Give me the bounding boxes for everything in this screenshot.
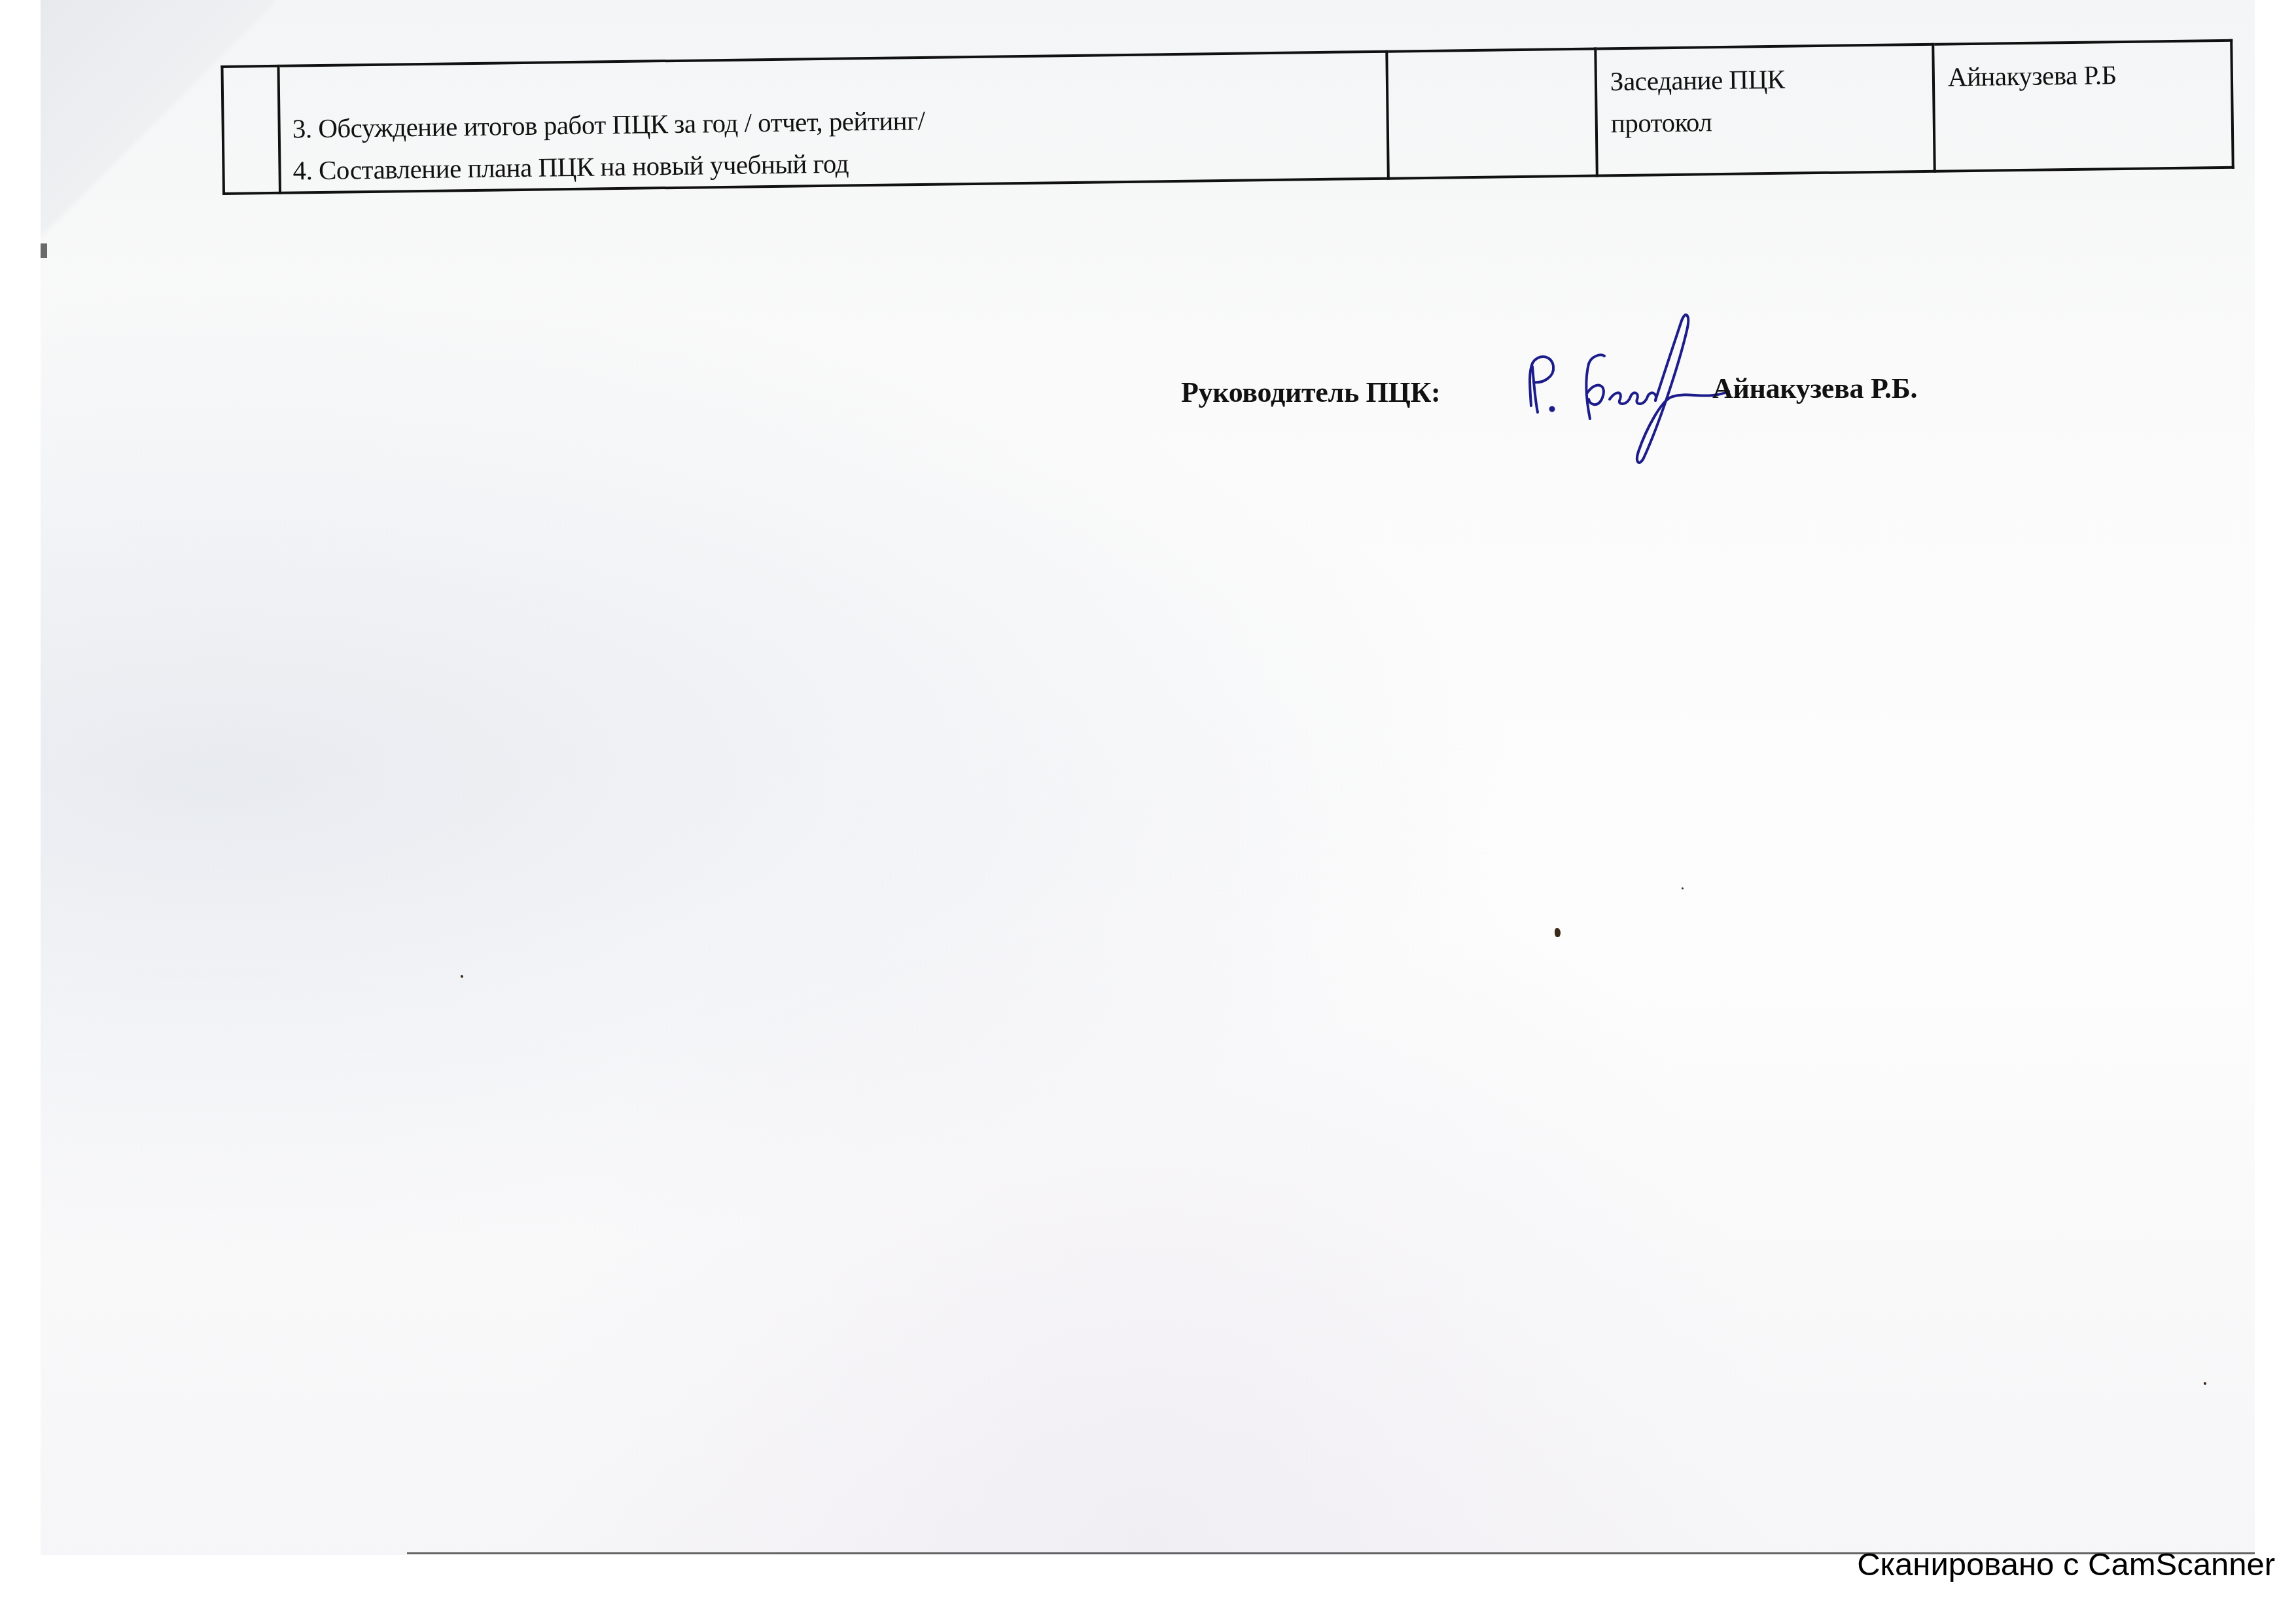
scan-speck <box>2204 1382 2206 1385</box>
plan-table-container: 3. Обсуждение итогов работ ПЦК за год / … <box>221 39 2234 194</box>
responsible-cell: Айнакузева Р.Б <box>1933 41 2233 171</box>
scan-speck <box>1682 887 1684 889</box>
row-number-cell <box>222 66 280 194</box>
signature-label: Руководитель ПЦК: <box>1181 376 1440 409</box>
scan-speck <box>461 975 463 978</box>
table-row: 3. Обсуждение итогов работ ПЦК за год / … <box>222 41 2233 194</box>
scanned-page: 3. Обсуждение итогов работ ПЦК за год / … <box>41 0 2255 1555</box>
form-cell: Заседание ПЦК протокол <box>1595 45 1934 176</box>
scan-speck <box>1555 928 1561 937</box>
page-edge-mark <box>41 243 47 258</box>
camscanner-watermark: Сканировано с CamScanner <box>1857 1546 2275 1583</box>
plan-table: 3. Обсуждение итогов работ ПЦК за год / … <box>221 39 2234 195</box>
handwritten-signature-icon <box>1518 301 1734 465</box>
topic-cell: 3. Обсуждение итогов работ ПЦК за год / … <box>278 52 1388 193</box>
signature-block: Руководитель ПЦК: Айнакузева Р.Б. <box>1181 353 2032 484</box>
date-cell <box>1386 49 1597 179</box>
responsible-name: Айнакузева Р.Б <box>1947 52 2231 98</box>
form-line-1: Заседание ПЦК <box>1610 56 1933 102</box>
form-line-2: протокол <box>1610 98 1933 144</box>
signatory-name: Айнакузева Р.Б. <box>1712 372 1917 405</box>
